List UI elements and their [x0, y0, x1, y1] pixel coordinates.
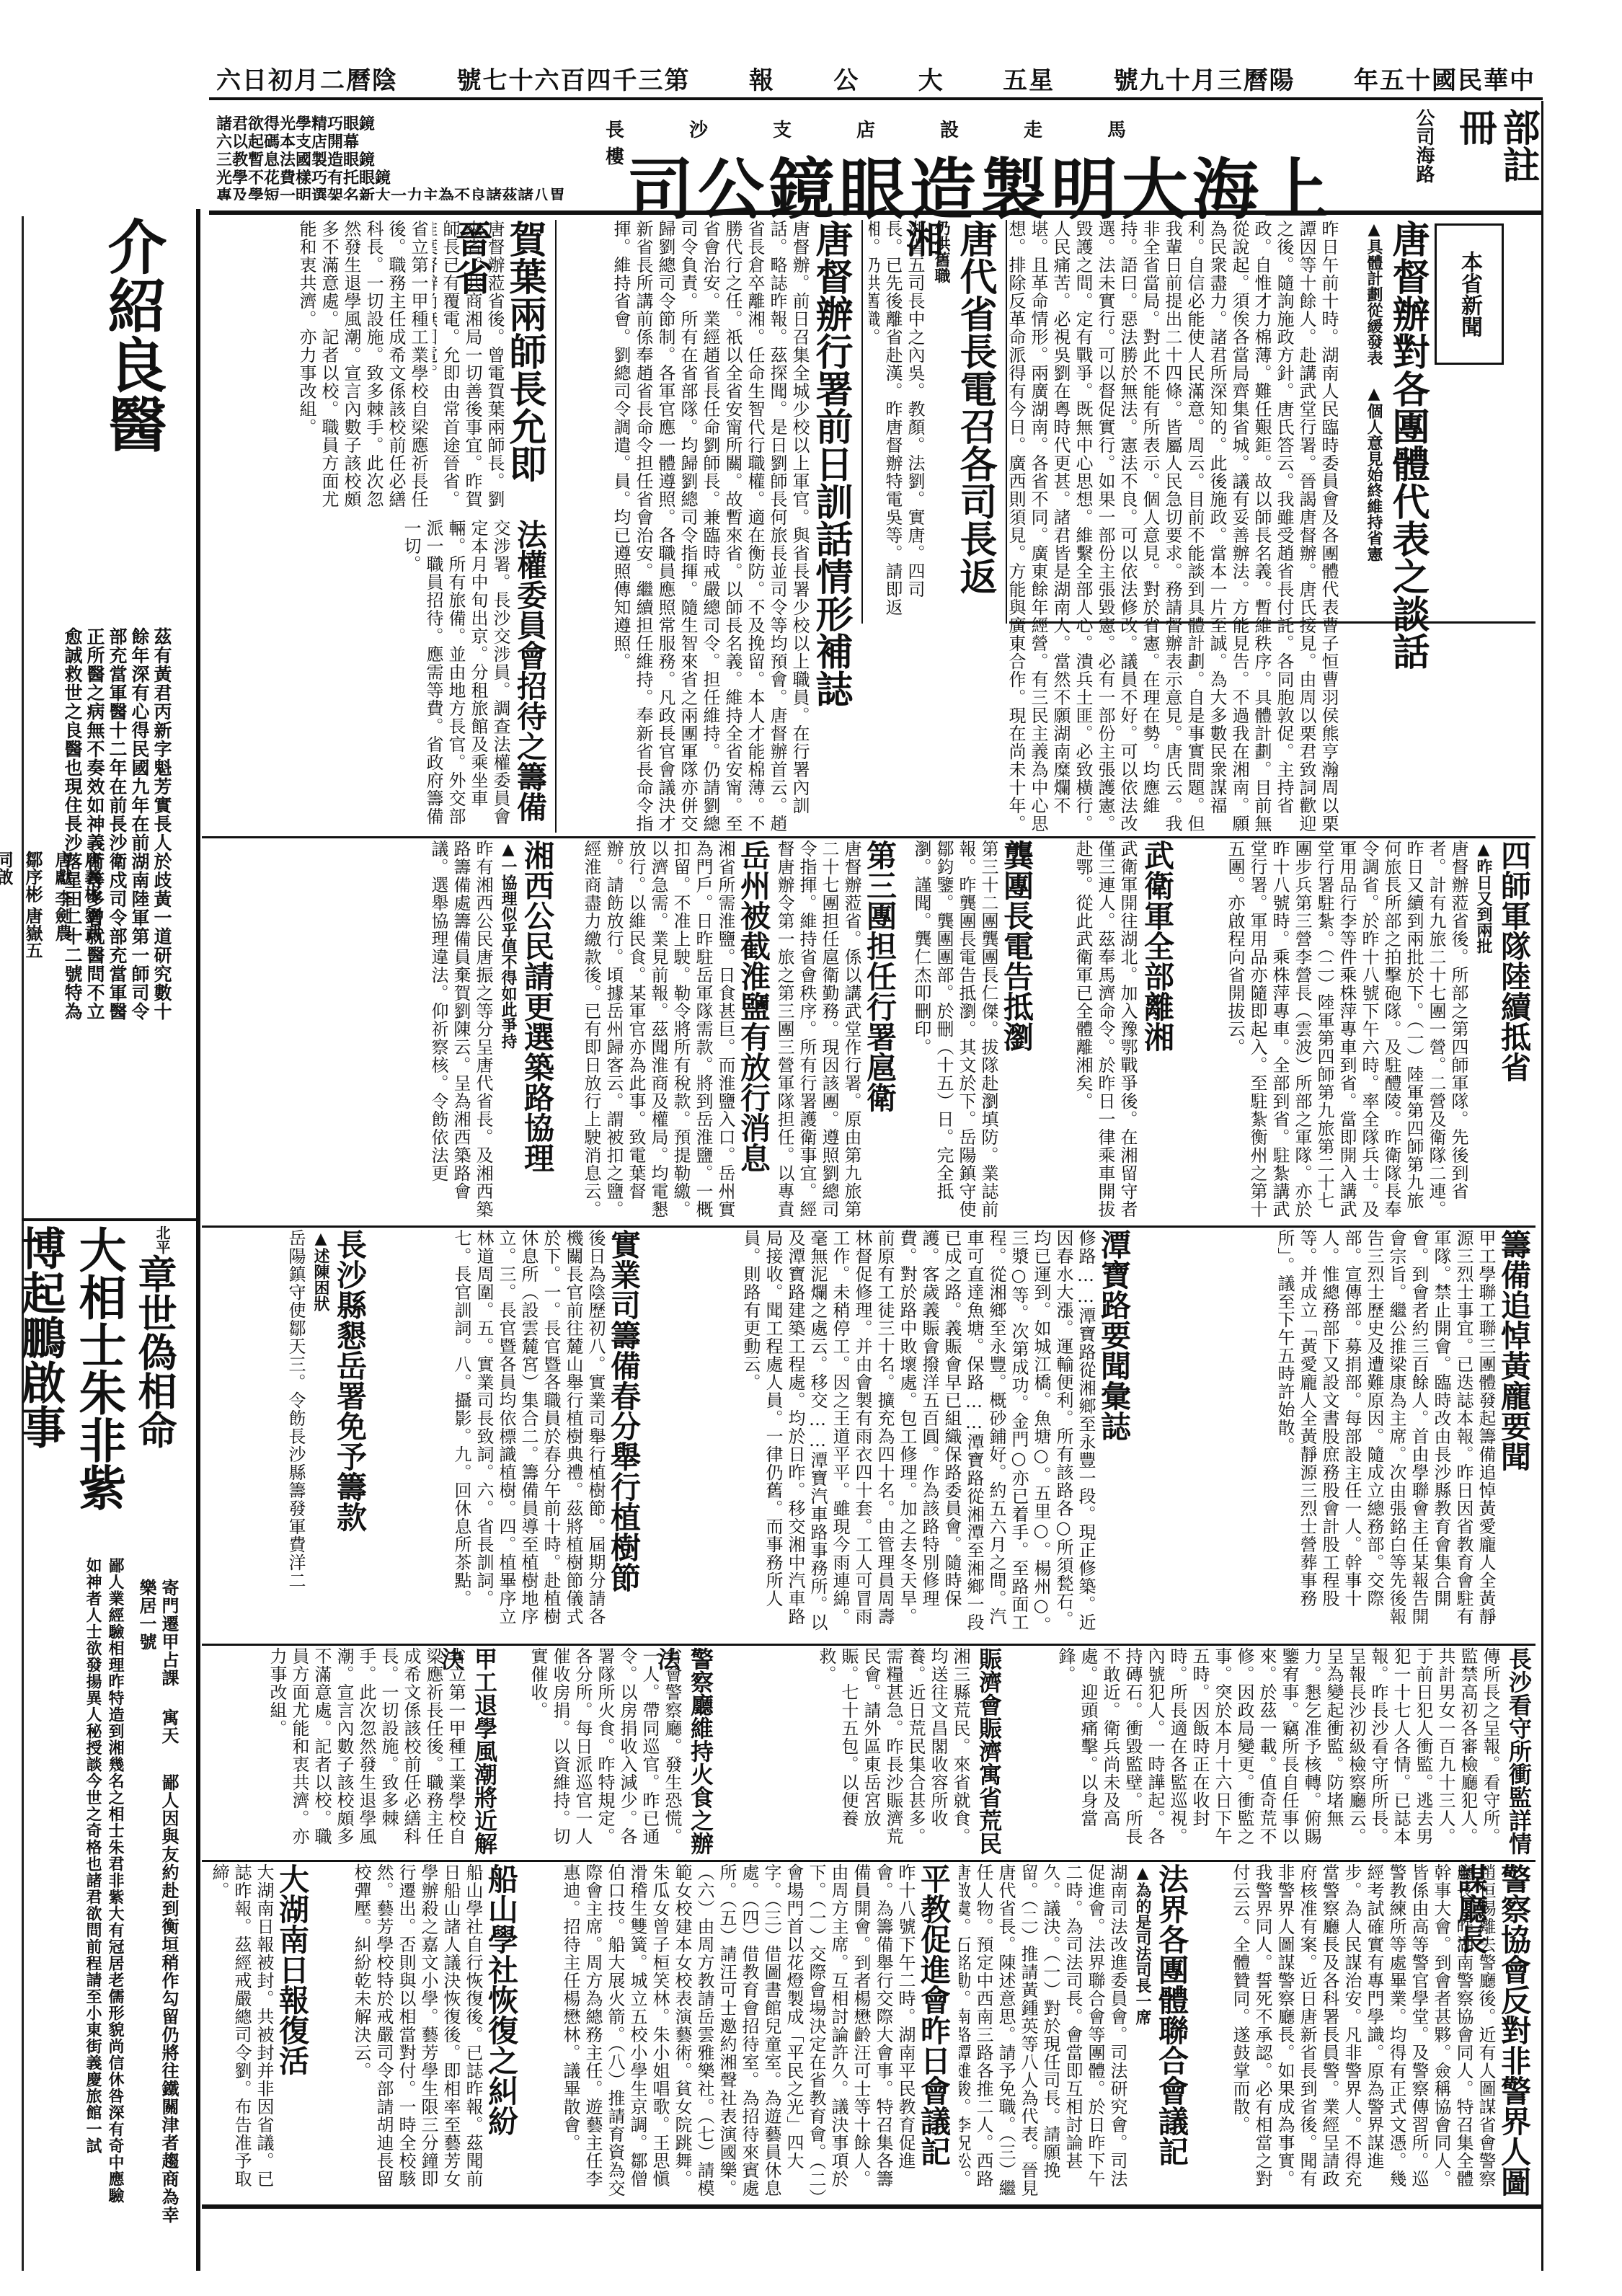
article-body: 武衛軍開往湖北。加入豫鄂戰爭後。在湘留守者僅三連人。茲奉馬濟命令。於昨日一律乘車…	[1038, 840, 1138, 1222]
headline: 法權委員會招待之籌備	[517, 519, 551, 829]
article-body: 大湖南日報被封。共被封并非因省議。已誌昨報。茲經戒嚴總司令劉。布告准予取締。	[209, 1863, 275, 2202]
vertical-notice-ad: 博起鵬啟事	[14, 1225, 65, 2235]
article-tang-summon: 唐代省長電召各司長返湘 仍供舊職 湘省五司長中之內吳。教顏。法劉。實唐。四司長。…	[869, 220, 1002, 624]
headline: 警察協會反對非警界人圖謀廳長	[1502, 1863, 1535, 2202]
small-ad: 公司海路	[1355, 108, 1435, 209]
headline: 平教促進會昨日會議記	[922, 1863, 955, 2202]
article-pingmin: 平教促進會昨日會議記 昨十八號下午二時。湖南平民教育促進會。為籌備舉行交際大會事…	[526, 1863, 955, 2202]
headline: 實業司籌備春分舉行植樹節	[612, 1229, 645, 1640]
article-body: 傳所長之呈報。看守所。監禁高初各審檢廳犯人。共計男女一百九十三人。于前日犯人衝監…	[1009, 1647, 1501, 1856]
article-law-committee: 法權委員會招待之籌備 交涉署。長沙交涉員。調查法權委員會定本月中旬出京。分租旅館…	[209, 519, 551, 829]
article-body: 湖南司法改進委員會。司法研究會。司法促進會。法界聯合會等團體。於日昨下午二時。為…	[959, 1863, 1128, 2202]
headline: 湘西公民請更選築路協理	[526, 840, 559, 1222]
headline: 大湖南日報復活	[280, 1863, 314, 2202]
doctor-ad-title: 介紹良醫	[58, 216, 166, 620]
headline: 龔團長電告抵瀏	[1005, 840, 1038, 1222]
headline: 唐督辦行署前日訓話情形補誌	[816, 220, 858, 833]
left-border-rule	[196, 209, 200, 2271]
signer: 劉武	[79, 907, 105, 941]
article-han-telegram: 龔團長電告抵瀏 第三十二團龔團長仁傑。拔隊赴瀏填防。業誌前報。昨龔團長電告抵瀏。…	[901, 840, 1038, 1222]
article-wuwei: 武衛軍全部離湘 武衛軍開往湖北。加入豫鄂戰爭後。在湘留守者僅三連人。茲奉馬濟命令…	[1038, 840, 1179, 1222]
article-misc-left: 省立第一甲種工業學校自梁應祈長任後。職務主任成希文係該校前任必繕科長。一切設施。…	[209, 220, 429, 508]
col-rule	[1006, 220, 1007, 624]
article-body: 岳陽鎮守使鄒天三。令飭長沙縣籌發軍費洋二	[209, 1229, 306, 1640]
article-huang-memorial: 籌備追悼黃龐要聞 甲工學聯工聯三團體發起籌備追悼黃愛龐人全黃靜源三烈士事宜。已迭…	[1139, 1229, 1535, 1640]
headline: 警察廳維持火食之辦法	[688, 1647, 717, 1856]
headline: 四師軍隊陸續抵省	[1501, 840, 1535, 1222]
lunar-date: 六日初月二曆陰	[216, 61, 398, 96]
headline: 岳州被截淮鹽有放行消息	[742, 840, 775, 1222]
ad-copy-line: 三教暫息法國製造眼鏡	[216, 151, 584, 169]
subhead: ▲具體計劃從緩發表 ▲個人意見始終維持省憲	[1345, 220, 1386, 833]
article-changsha-county: 長沙縣懇岳署免予籌款 ▲述陳困狀 岳陽鎮守使鄒天三。令飭長沙縣籌發軍費洋二	[209, 1229, 371, 1640]
physiognomy-ad-body: 鄙人業經驗相理昨特造到湘幾名之相士朱君非紫大有冠居老儒形貌尚信休咎深有奇中應驗如…	[68, 1557, 126, 2206]
article-detention: 長沙看守所衝監詳情 傳所長之呈報。看守所。監禁高初各審檢廳犯人。共計男女一百九十…	[1009, 1647, 1535, 1856]
dateline: 年五十國民華中 號九十月三曆陽 五星 大 公 報 號七十六百四千三第 六日初月二…	[216, 63, 1535, 92]
article-tanbao-road: 潭寶路要聞彙誌 修路……潭寶路從湘鄉至永豐一段。現正修築。近因春水大漲。運輸便利…	[649, 1229, 1135, 1640]
article-police-assoc: 警察協會反對非警界人圖謀廳長 趙恒惕離去警廳後。近有人圖謀省會警察廳長。昨湖南警…	[1197, 1863, 1535, 2202]
optical-ad-copy: 諸君欲得光學精巧眼鏡 六以起碼本支店開幕 三教暫息法國製造眼鏡 光學不花費樣巧有…	[216, 115, 584, 200]
ad-main-title: 上海大明製造眼鏡公司	[598, 137, 1334, 232]
bottom-rule	[202, 2204, 1543, 2209]
signer: 同啟	[0, 851, 16, 885]
headline: 長沙看守所衝監詳情	[1507, 1647, 1535, 1856]
headline: 唐代省長電召各司長返湘	[959, 220, 1002, 624]
article-body: 昨日午前十時。湖南人民臨時委員會及各團體代表曹子恒曹羽侯熊亨瀚周以栗譚因等十餘人…	[1009, 220, 1339, 833]
headline: 長沙縣懇岳署免予籌款	[338, 1229, 371, 1640]
article-relief: 賑濟會賑濟寓省荒民 湘三縣荒民。來省就食。均送往文昌閣收容所收養。近日荒民集合甚…	[721, 1647, 1006, 1856]
article-body: 甲工學聯工聯三團體發起籌備追悼黃愛龐人全黃靜源三烈士事宜。已迭誌本報。昨日因省教…	[1139, 1229, 1497, 1640]
fortune-ad-title: 章世偽相命	[133, 1254, 177, 1572]
article-body: 湘省五司長中之內吳。教顏。法劉。實唐。四司長。已先後離省赴漢。昨唐督辦特電吳等。…	[869, 220, 926, 624]
optical-company-ad: 長沙支店設走馬樓 上海大明製造眼鏡公司	[598, 115, 1355, 209]
headline: 潭寶路要聞彙誌	[1102, 1229, 1135, 1640]
ad-copy-line: 專及學短一明選架名新大一力主為不良諸茲諸八胃	[216, 187, 584, 200]
article-four-division: 四師軍隊陸續抵省 ▲昨日又到兩批 唐督辦蒞省後。所部之第四師軍隊。先後到省者。計…	[1182, 840, 1535, 1222]
article-body: 修路……潭寶路從湘鄉至永豐一段。現正修築。近因春水大漲。運輸便利。所有該路各○所…	[649, 1229, 1096, 1640]
row-rule-4	[202, 1644, 1535, 1646]
fortune-ad-address: 寄門遷甲占課 寓天樂居一號	[130, 1579, 180, 1759]
row-rule-5	[202, 1860, 1535, 1862]
signer: 李劍農	[50, 890, 75, 941]
headline: 船山學社恢復之糾紛	[489, 1863, 523, 2202]
signer: 唐獻	[50, 851, 75, 885]
article-body: 省立第一甲種工業學校自梁應祈長任後。職務主任成希文係該校前任必繕科長。一切設施。…	[209, 220, 429, 508]
headline: 籌備追悼黃龐要聞	[1502, 1229, 1535, 1640]
ad-copy-line: 諸君欲得光學精巧眼鏡	[216, 115, 584, 133]
article-body: 湘三縣荒民。來省就食。均送往文昌閣收容所收養。近日荒民集合甚多。需糧甚急。昨長沙…	[721, 1647, 971, 1856]
col-rule	[555, 220, 557, 833]
headline: 唐督辦對各團體代表之談話	[1391, 220, 1435, 833]
physiognomy-ad-title: 大相士朱非紫	[68, 1225, 126, 1557]
article-body: 交涉署。長沙交涉員。調查法權委員會定本月中旬出京。分租旅館及乘坐車輛。所有旅備。…	[209, 519, 511, 829]
article-arbor-day: 實業司籌備春分舉行植樹節 後日為陰歷初八。實業司舉行植樹節。屆期分請各機關長官前…	[375, 1229, 645, 1640]
solar-date: 號九十月三曆陽	[1114, 61, 1295, 96]
article-body: 第三十二團龔團長仁傑。拔隊赴瀏填防。業誌前報。昨龔團長電告抵瀏。其文於下。岳陽鎮…	[901, 840, 999, 1222]
headline: 武衛軍全部離湘	[1144, 840, 1179, 1222]
article-body: 昨有湘西公民唐振之等分呈唐代省長。及湘西築路籌備處籌備員棄賀劉陳云。呈為湘西築路…	[209, 840, 494, 1222]
col-rule	[861, 220, 863, 624]
article-hunan-daily: 大湖南日報復活 大湖南日報被封。共被封并非因省議。已誌昨報。茲經戒嚴總司令劉。布…	[209, 1863, 314, 2202]
ad-copy-line: 光學不花費樣巧有托眼鏡	[216, 169, 584, 187]
article-body: 昨十八號下午二時。湖南平民教育促進會。為籌備舉行交際大會事。特召集各籌備員開會。…	[526, 1863, 916, 2202]
article-police-fire: 警察廳維持火食之辦法 省會警察廳。發生恐慌。一人。帶同巡官。昨已通令。以房捐收入…	[505, 1647, 717, 1856]
article-yuezhou: 岳州被截淮鹽有放行消息 湘省所需淮鹽。日食甚巨。而淮鹽入口。岳州實為門戶。日昨駐…	[562, 840, 775, 1222]
paper-name-3: 報	[749, 61, 775, 96]
article-body: 後日為陰歷初八。實業司舉行植樹節。屆期分請各機關長官前往麓山舉行植樹典禮。茲將植…	[375, 1229, 606, 1640]
article-tang-speech: 唐督辦行署前日訓話情形補誌 唐督辦。前日召集全城少校以上軍官。與省長署少校以上職…	[555, 220, 858, 833]
ad-copy-line: 六以起碼本支店開幕	[216, 133, 584, 151]
article-body: 省會警察廳。發生恐慌。一人。帶同巡官。昨已通令。以房捐收入減少。各署隊所火食。昨…	[505, 1647, 683, 1856]
article-body: 唐督辦。前日召集全城少校以上軍官。與省長署少校以上職員。在行署內訓話。略誌昨報。…	[555, 220, 810, 833]
article-body: 湘省所需淮鹽。日食甚巨。而淮鹽入口。岳州實為門戶。日昨駐岳軍隊需款。將到岳淮鹽。…	[562, 840, 736, 1222]
article-he-ye: 賀葉兩師長允即晉省 唐督辦蒞省後。曾電賀葉兩師長。劉來省。共商湘局一切善後事宜。…	[433, 220, 551, 508]
year: 年五十國民華中	[1354, 61, 1535, 96]
article-tang-talk: 唐督辦對各團體代表之談話 ▲具體計劃從緩發表 ▲個人意見始終維持省憲 昨日午前十…	[1009, 220, 1435, 833]
top-rule	[209, 97, 1543, 100]
fortune-ad-notice: 鄙人因與友約赴到衡垣稍作勾留仍將往鐵關津者趨商為幸	[130, 1773, 180, 2235]
article-third-regiment: 第三團担任行署扈衛 唐督辦蒞省。係以講武堂作行署。原由第九旅第二十七團担任扈衛勤…	[779, 840, 901, 1222]
headline: 賑濟會賑濟寓省荒民	[977, 1647, 1006, 1856]
article-body: 唐督辦蒞省後。所部之第四師軍隊。先後到省者。計有九旅二十七團一營。二營及衛隊二連…	[1182, 840, 1469, 1222]
right-border-rule	[1541, 101, 1543, 2271]
signer: 鄒序彬	[20, 851, 45, 903]
weekday: 五星	[1003, 61, 1055, 96]
headline: 法界各團體聯合會議記	[1160, 1863, 1193, 2202]
article-law-assoc: 法界各團體聯合會議記 ▲為的是司法司長一席 湖南司法改進委員會。司法研究會。司法…	[959, 1863, 1193, 2202]
issue-number: 號七十六百四千三第	[456, 61, 690, 96]
left-ad-divider	[22, 1218, 198, 1221]
article-body: 唐督辦蒞省。係以講武堂作行署。原由第九旅第二十七團担任扈衛勤務。現因該團。遵照劉…	[779, 840, 862, 1222]
headline: 賀葉兩師長允即晉省	[511, 220, 551, 508]
doctor-ad-signers: 唐義彬 劉武 唐獻 李劍農 鄒序彬 唐嶽五 同啟	[54, 851, 105, 973]
row-rule-3	[202, 1225, 1535, 1228]
article-strike: 甲工退學風潮將近解決 省立第一甲種工業學校自梁應祈長任後。職務主任成希文係該校前…	[209, 1647, 501, 1856]
signer: 唐嶽五	[20, 907, 45, 959]
headline: 甲工退學風潮將近解決	[472, 1647, 501, 1856]
article-xiangxi: 湘西公民請更選築路協理 ▲一協理似乎值不得如此爭持 昨有湘西公民唐振之等分呈唐代…	[209, 840, 559, 1222]
signer: 唐義彬	[79, 851, 105, 903]
article-chuanshan: 船山學社恢復之糾紛 船山學社自行恢復後。已誌昨報。茲聞前日船山諸人議決恢復後。即…	[317, 1863, 523, 2202]
section-label: 本省新聞	[1435, 223, 1504, 365]
headline: 第三團担任行署扈衛	[868, 840, 901, 1222]
paper-name-1: 大	[918, 61, 944, 96]
paper-name-2: 公	[833, 61, 859, 96]
article-body: 船山學社自行恢復後。已誌昨報。茲聞前日船山諸人議決恢復後。即相率至藝芳女學辦殺之…	[317, 1863, 484, 2202]
register-ad: 部註冊	[1438, 108, 1539, 209]
article-body: 省立第一甲種工業學校自梁應祈長任後。職務主任成希文係該校前任必繕科長。一切設施。…	[209, 1647, 466, 1856]
row-rule-2	[202, 836, 1535, 838]
